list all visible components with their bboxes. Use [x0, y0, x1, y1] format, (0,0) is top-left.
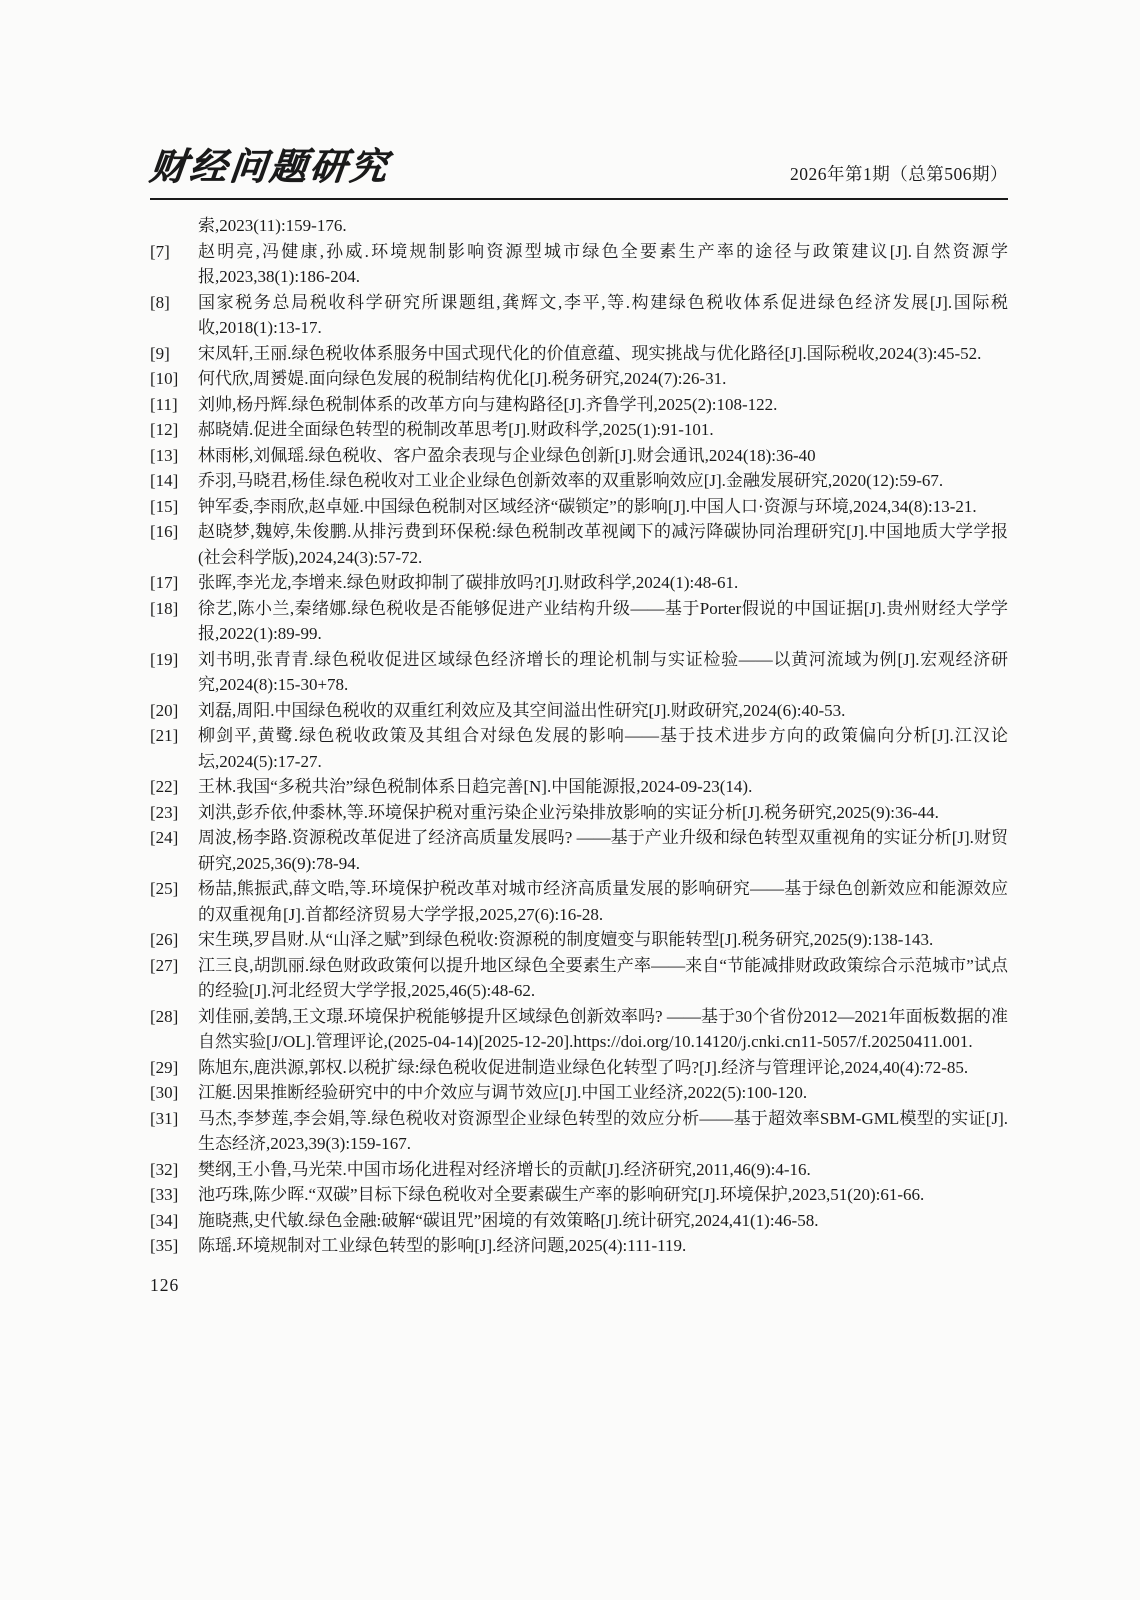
reference-text: 徐艺,陈小兰,秦绪娜.绿色税收是否能够促进产业结构升级——基于Porter假说的…: [198, 596, 1008, 647]
reference-text: 马杰,李梦莲,李会娟,等.绿色税收对资源型企业绿色转型的效应分析——基于超效率S…: [198, 1106, 1008, 1157]
reference-item: [26]宋生瑛,罗昌财.从“山泽之赋”到绿色税收:资源税的制度嬗变与职能转型[J…: [150, 927, 1008, 953]
reference-text: 赵晓梦,魏婷,朱俊鹏.从排污费到环保税:绿色税制改革视阈下的减污降碳协同治理研究…: [198, 519, 1008, 570]
page-header: 财经问题研究 2026年第1期（总第506期）: [150, 136, 1008, 200]
reference-number: [26]: [150, 927, 198, 953]
reference-item: [21]柳剑平,黄鹭.绿色税收政策及其组合对绿色发展的影响——基于技术进步方向的…: [150, 723, 1008, 774]
reference-number: [19]: [150, 647, 198, 673]
reference-number: [14]: [150, 468, 198, 494]
reference-item: [20]刘磊,周阳.中国绿色税收的双重红利效应及其空间溢出性研究[J].财政研究…: [150, 698, 1008, 724]
reference-item: [8]国家税务总局税收科学研究所课题组,龚辉文,李平,等.构建绿色税收体系促进绿…: [150, 290, 1008, 341]
reference-number: [13]: [150, 443, 198, 469]
reference-text: 刘洪,彭乔依,仲黍林,等.环境保护税对重污染企业污染排放影响的实证分析[J].税…: [198, 800, 1008, 826]
reference-text: 杨喆,熊振武,薛文晧,等.环境保护税改革对城市经济高质量发展的影响研究——基于绿…: [198, 876, 1008, 927]
reference-text: 江三良,胡凯丽.绿色财政政策何以提升地区绿色全要素生产率——来自“节能减排财政政…: [198, 953, 1008, 1004]
page-footer: 126: [150, 1275, 1008, 1296]
reference-item: [7]赵明亮,冯健康,孙威.环境规制影响资源型城市绿色全要素生产率的途径与政策建…: [150, 239, 1008, 290]
reference-item: [34]施晓燕,史代敏.绿色金融:破解“碳诅咒”困境的有效策略[J].统计研究,…: [150, 1208, 1008, 1234]
reference-number: [22]: [150, 774, 198, 800]
reference-text: 郝晓婧.促进全面绿色转型的税制改革思考[J].财政科学,2025(1):91-1…: [198, 417, 1008, 443]
reference-number: [35]: [150, 1233, 198, 1259]
reference-item: [16]赵晓梦,魏婷,朱俊鹏.从排污费到环保税:绿色税制改革视阈下的减污降碳协同…: [150, 519, 1008, 570]
reference-text: 柳剑平,黄鹭.绿色税收政策及其组合对绿色发展的影响——基于技术进步方向的政策偏向…: [198, 723, 1008, 774]
reference-item: [11]刘帅,杨丹辉.绿色税制体系的改革方向与建构路径[J].齐鲁学刊,2025…: [150, 392, 1008, 418]
reference-text: 宋凤轩,王丽.绿色税收体系服务中国式现代化的价值意蕴、现实挑战与优化路径[J].…: [198, 341, 1008, 367]
reference-number: [8]: [150, 290, 198, 316]
reference-item: [31]马杰,李梦莲,李会娟,等.绿色税收对资源型企业绿色转型的效应分析——基于…: [150, 1106, 1008, 1157]
reference-number: [20]: [150, 698, 198, 724]
reference-item: [23]刘洪,彭乔依,仲黍林,等.环境保护税对重污染企业污染排放影响的实证分析[…: [150, 800, 1008, 826]
reference-text: 池巧珠,陈少晖.“双碳”目标下绿色税收对全要素碳生产率的影响研究[J].环境保护…: [198, 1182, 1008, 1208]
reference-text: 乔羽,马晓君,杨佳.绿色税收对工业企业绿色创新效率的双重影响效应[J].金融发展…: [198, 468, 1008, 494]
reference-item: [22]王林.我国“多税共治”绿色税制体系日趋完善[N].中国能源报,2024-…: [150, 774, 1008, 800]
reference-text: 樊纲,王小鲁,马光荣.中国市场化进程对经济增长的贡献[J].经济研究,2011,…: [198, 1157, 1008, 1183]
reference-number: [31]: [150, 1106, 198, 1132]
reference-item: [30]江艇.因果推断经验研究中的中介效应与调节效应[J].中国工业经济,202…: [150, 1080, 1008, 1106]
reference-text: 刘佳丽,姜鹄,王文璟.环境保护税能够提升区域绿色创新效率吗? ——基于30个省份…: [198, 1004, 1008, 1055]
reference-item: [32]樊纲,王小鲁,马光荣.中国市场化进程对经济增长的贡献[J].经济研究,2…: [150, 1157, 1008, 1183]
reference-text: 宋生瑛,罗昌财.从“山泽之赋”到绿色税收:资源税的制度嬗变与职能转型[J].税务…: [198, 927, 1008, 953]
reference-text: 江艇.因果推断经验研究中的中介效应与调节效应[J].中国工业经济,2022(5)…: [198, 1080, 1008, 1106]
reference-item: [17]张晖,李光龙,李增来.绿色财政抑制了碳排放吗?[J].财政科学,2024…: [150, 570, 1008, 596]
reference-text: 刘书明,张青青.绿色税收促进区域绿色经济增长的理论机制与实证检验——以黄河流域为…: [198, 647, 1008, 698]
reference-number: [18]: [150, 596, 198, 622]
reference-number: [33]: [150, 1182, 198, 1208]
reference-number: [7]: [150, 239, 198, 265]
reference-number: [32]: [150, 1157, 198, 1183]
reference-text: 刘帅,杨丹辉.绿色税制体系的改革方向与建构路径[J].齐鲁学刊,2025(2):…: [198, 392, 1008, 418]
reference-text: 林雨彬,刘佩瑶.绿色税收、客户盈余表现与企业绿色创新[J].财会通讯,2024(…: [198, 443, 1008, 469]
issue-info: 2026年第1期（总第506期）: [790, 161, 1008, 190]
reference-item: [12]郝晓婧.促进全面绿色转型的税制改革思考[J].财政科学,2025(1):…: [150, 417, 1008, 443]
reference-item: [14]乔羽,马晓君,杨佳.绿色税收对工业企业绿色创新效率的双重影响效应[J].…: [150, 468, 1008, 494]
reference-number: [11]: [150, 392, 198, 418]
reference-number: [28]: [150, 1004, 198, 1030]
reference-item: [28]刘佳丽,姜鹄,王文璟.环境保护税能够提升区域绿色创新效率吗? ——基于3…: [150, 1004, 1008, 1055]
reference-text: 刘磊,周阳.中国绿色税收的双重红利效应及其空间溢出性研究[J].财政研究,202…: [198, 698, 1008, 724]
journal-page: 财经问题研究 2026年第1期（总第506期） 索,2023(11):159-1…: [0, 0, 1140, 1600]
reference-text: 施晓燕,史代敏.绿色金融:破解“碳诅咒”困境的有效策略[J].统计研究,2024…: [198, 1208, 1008, 1234]
reference-item: [15]钟军委,李雨欣,赵卓娅.中国绿色税制对区域经济“碳锁定”的影响[J].中…: [150, 494, 1008, 520]
reference-item: [35]陈瑶.环境规制对工业绿色转型的影响[J].经济问题,2025(4):11…: [150, 1233, 1008, 1259]
reference-text: 钟军委,李雨欣,赵卓娅.中国绿色税制对区域经济“碳锁定”的影响[J].中国人口·…: [198, 494, 1008, 520]
reference-text: 何代欣,周赟媞.面向绿色发展的税制结构优化[J].税务研究,2024(7):26…: [198, 366, 1008, 392]
reference-text: 周波,杨李路.资源税改革促进了经济高质量发展吗? ——基于产业升级和绿色转型双重…: [198, 825, 1008, 876]
reference-number: [17]: [150, 570, 198, 596]
reference-number: [34]: [150, 1208, 198, 1234]
reference-item: [19]刘书明,张青青.绿色税收促进区域绿色经济增长的理论机制与实证检验——以黄…: [150, 647, 1008, 698]
reference-number: [16]: [150, 519, 198, 545]
reference-number: [27]: [150, 953, 198, 979]
reference-number: [9]: [150, 341, 198, 367]
reference-item: [25]杨喆,熊振武,薛文晧,等.环境保护税改革对城市经济高质量发展的影响研究—…: [150, 876, 1008, 927]
reference-item: [18]徐艺,陈小兰,秦绪娜.绿色税收是否能够促进产业结构升级——基于Porte…: [150, 596, 1008, 647]
reference-number: [30]: [150, 1080, 198, 1106]
reference-item: [29]陈旭东,鹿洪源,郭权.以税扩绿:绿色税收促进制造业绿色化转型了吗?[J]…: [150, 1055, 1008, 1081]
reference-item: [9]宋凤轩,王丽.绿色税收体系服务中国式现代化的价值意蕴、现实挑战与优化路径[…: [150, 341, 1008, 367]
reference-item: [33]池巧珠,陈少晖.“双碳”目标下绿色税收对全要素碳生产率的影响研究[J].…: [150, 1182, 1008, 1208]
journal-logo: 财经问题研究: [147, 136, 393, 190]
reference-item: [13]林雨彬,刘佩瑶.绿色税收、客户盈余表现与企业绿色创新[J].财会通讯,2…: [150, 443, 1008, 469]
reference-list: [7]赵明亮,冯健康,孙威.环境规制影响资源型城市绿色全要素生产率的途径与政策建…: [150, 239, 1008, 1259]
reference-item: [24]周波,杨李路.资源税改革促进了经济高质量发展吗? ——基于产业升级和绿色…: [150, 825, 1008, 876]
reference-number: [29]: [150, 1055, 198, 1081]
reference-text: 赵明亮,冯健康,孙威.环境规制影响资源型城市绿色全要素生产率的途径与政策建议[J…: [198, 239, 1008, 290]
reference-number: [24]: [150, 825, 198, 851]
reference-text: 国家税务总局税收科学研究所课题组,龚辉文,李平,等.构建绿色税收体系促进绿色经济…: [198, 290, 1008, 341]
reference-number: [10]: [150, 366, 198, 392]
reference-continuation-line: 索,2023(11):159-176.: [198, 213, 1008, 239]
references-section: 索,2023(11):159-176. [7]赵明亮,冯健康,孙威.环境规制影响…: [150, 213, 1008, 1259]
reference-item: [10]何代欣,周赟媞.面向绿色发展的税制结构优化[J].税务研究,2024(7…: [150, 366, 1008, 392]
reference-item: [27]江三良,胡凯丽.绿色财政政策何以提升地区绿色全要素生产率——来自“节能减…: [150, 953, 1008, 1004]
reference-text: 王林.我国“多税共治”绿色税制体系日趋完善[N].中国能源报,2024-09-2…: [198, 774, 1008, 800]
reference-text: 陈瑶.环境规制对工业绿色转型的影响[J].经济问题,2025(4):111-11…: [198, 1233, 1008, 1259]
reference-number: [23]: [150, 800, 198, 826]
reference-text: 陈旭东,鹿洪源,郭权.以税扩绿:绿色税收促进制造业绿色化转型了吗?[J].经济与…: [198, 1055, 1008, 1081]
page-content: 财经问题研究 2026年第1期（总第506期） 索,2023(11):159-1…: [0, 0, 1140, 1296]
page-number: 126: [150, 1275, 1008, 1296]
reference-number: [25]: [150, 876, 198, 902]
reference-number: [12]: [150, 417, 198, 443]
reference-text: 张晖,李光龙,李增来.绿色财政抑制了碳排放吗?[J].财政科学,2024(1):…: [198, 570, 1008, 596]
reference-number: [21]: [150, 723, 198, 749]
reference-number: [15]: [150, 494, 198, 520]
